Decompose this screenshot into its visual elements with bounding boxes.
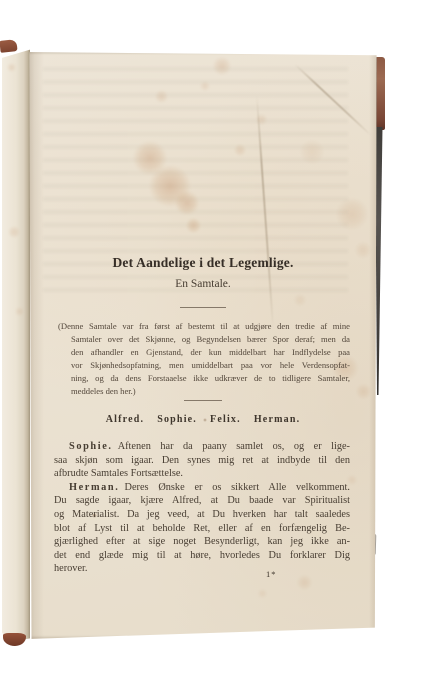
divider-rule (184, 400, 222, 401)
page-bottom-edge (28, 637, 378, 640)
note-line: ning, og da dens Forstaaelse ikke udkræv… (71, 372, 350, 385)
chapter-subtitle: En Samtale. (54, 278, 352, 290)
body-line: herover. (54, 562, 350, 576)
body-line: saa skjøn som igaar. Den synes mig ret a… (54, 454, 350, 468)
intro-note: (Denne Samtale var fra først af bestemt … (58, 320, 350, 398)
cast-name: Herman. (254, 414, 300, 425)
speaker-name: Herman. (69, 482, 119, 493)
page-content: Det Aandelige i det Legemlige. En Samtal… (54, 50, 352, 640)
foxing-spot (355, 242, 371, 258)
body-line: Sophie. Aftenen har da paany samlet os, … (54, 440, 350, 454)
note-line: den afhandler en Gjenstand, der kun midd… (71, 346, 350, 359)
foxing-spot (356, 384, 371, 399)
note-line: Samtaler over det Skjønne, og Begyndelse… (71, 333, 350, 346)
spine-leather-top (0, 39, 18, 53)
note-line: meddeles den her.) (71, 385, 350, 398)
cast-list: Alfred.Sophie.Felix.Herman. (54, 414, 352, 425)
book-page: Det Aandelige i det Legemlige. En Samtal… (28, 50, 378, 640)
book: Det Aandelige i det Legemlige. En Samtal… (0, 0, 427, 700)
board-edge-brown (376, 57, 385, 130)
foxing-spot (15, 307, 24, 316)
body-line: blot af Lyst til at beholde Ret, eller a… (54, 522, 350, 536)
note-line: vor Skjønhedsopfatning, men umiddelbart … (71, 359, 350, 372)
cast-name: Alfred. (106, 414, 145, 425)
body-line: Du sagde igaar, kjære Alfred, at Du baad… (54, 494, 350, 508)
note-line: (Denne Samtale var fra først af bestemt … (58, 320, 350, 333)
body-line: Herman. Deres Ønske er os sikkert Alle v… (54, 481, 350, 495)
divider-rule (180, 307, 226, 308)
signature-mark: 1* (266, 569, 277, 579)
gutter-pages (2, 46, 30, 642)
photo-backdrop: Det Aandelige i det Legemlige. En Samtal… (0, 0, 427, 700)
foxing-spot (7, 63, 16, 72)
body-line: afbrudte Samtales Fortsættelse. (54, 467, 350, 481)
chapter-title: Det Aandelige i det Legemlige. (54, 255, 352, 270)
body-line: det end glæde mig til at høre, hvorledes… (54, 549, 350, 563)
speaker-name: Sophie. (69, 441, 113, 452)
cast-name: Sophie. (157, 414, 197, 425)
foxing-spot (8, 226, 20, 238)
spine-leather-bottom (3, 633, 26, 646)
body-text: Sophie. Aftenen har da paany samlet os, … (54, 440, 350, 576)
gutter-shadow (28, 50, 44, 640)
body-line: og Materialist. Da jeg veed, at Du hverk… (54, 508, 350, 522)
cast-name: Felix. (210, 414, 241, 425)
body-line: gjærlighed efter at sige noget Besynderl… (54, 535, 350, 549)
